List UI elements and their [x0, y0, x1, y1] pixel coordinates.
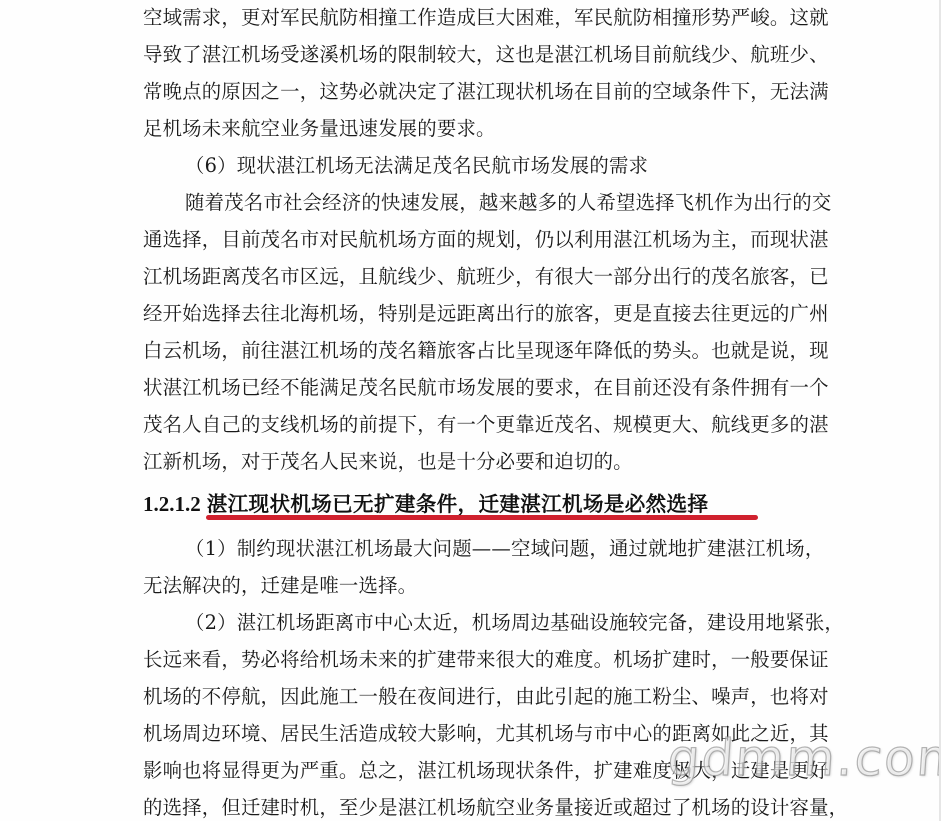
item-2-line: 机场的不停航，因此施工一般在夜间进行，由此引起的施工粉尘、噪声，也将对	[143, 678, 801, 715]
item-2-line: 的选择，但迁建时机，至少是湛江机场航空业务量接近或超过了机场的设计容量，	[143, 789, 801, 821]
paragraph-line: 茂名人自己的支线机场的前提下，有一个更靠近茂名、规模更大、航线更多的湛	[143, 406, 801, 443]
paragraph-line: 常晚点的原因之一，这势必就决定了湛江现状机场在目前的空域条件下，无法满	[143, 73, 801, 110]
paragraph-line: 空域需求，更对军民航防相撞工作造成巨大困难，军民航防相撞形势严峻。这就	[143, 0, 801, 36]
paragraph-line: 随着茂名市社会经济的快速发展，越来越多的人希望选择飞机作为出行的交	[185, 184, 801, 221]
paragraph-line: 状湛江机场已经不能满足茂名民航市场发展的要求，在目前还没有条件拥有一个	[143, 369, 801, 406]
item-2-line: 长远来看，势必将给机场未来的扩建带来很大的难度。机场扩建时，一般要保证	[143, 641, 801, 678]
heading-highlight-underline	[206, 515, 758, 520]
item-2-line: （2）湛江机场距离市中心太近，机场周边基础设施较完备，建设用地紧张，	[185, 604, 801, 641]
paragraph-line: 白云机场，前往湛江机场的茂名籍旅客占比呈现逐年降低的势头。也就是说，现	[143, 332, 801, 369]
paragraph-line: 江新机场，对于茂名人民来说，也是十分必要和迫切的。	[143, 443, 801, 480]
section-number: 1.2.1.2	[143, 492, 201, 516]
paragraph-line: 通选择，目前茂名市对民航机场方面的规划，仍以利用湛江机场为主，而现状湛	[143, 221, 801, 258]
item-1-line: 无法解决的，迁建是唯一选择。	[143, 567, 801, 604]
paragraph-line: 导致了湛江机场受遂溪机场的限制较大，这也是湛江机场目前航线少、航班少、	[143, 36, 801, 73]
paragraph-line: 足机场未来航空业务量迅速发展的要求。	[143, 110, 801, 147]
document-page: 空域需求，更对军民航防相撞工作造成巨大困难，军民航防相撞形势严峻。这就 导致了湛…	[0, 0, 941, 821]
paragraph-line: 江机场距离茂名市区远，且航线少、航班少，有很大一部分出行的茂名旅客，已	[143, 258, 801, 295]
paragraph-line: 经开始选择去往北海机场，特别是远距离出行的旅客，更是直接去往更远的广州	[143, 295, 801, 332]
section-title: 湛江现状机场已无扩建条件，迁建湛江机场是必然选择	[207, 492, 709, 516]
item-6-title: （6）现状湛江机场无法满足茂名民航市场发展的需求	[185, 147, 801, 184]
item-2-line: 影响也将显得更为严重。总之，湛江机场现状条件，扩建难度极大，迁建是更好	[143, 752, 801, 789]
item-1-line: （1）制约现状湛江机场最大问题——空域问题，通过就地扩建湛江机场，	[185, 530, 801, 567]
item-2-line: 机场周边环境、居民生活造成较大影响，尤其机场与市中心的距离如此之近，其	[143, 715, 801, 752]
